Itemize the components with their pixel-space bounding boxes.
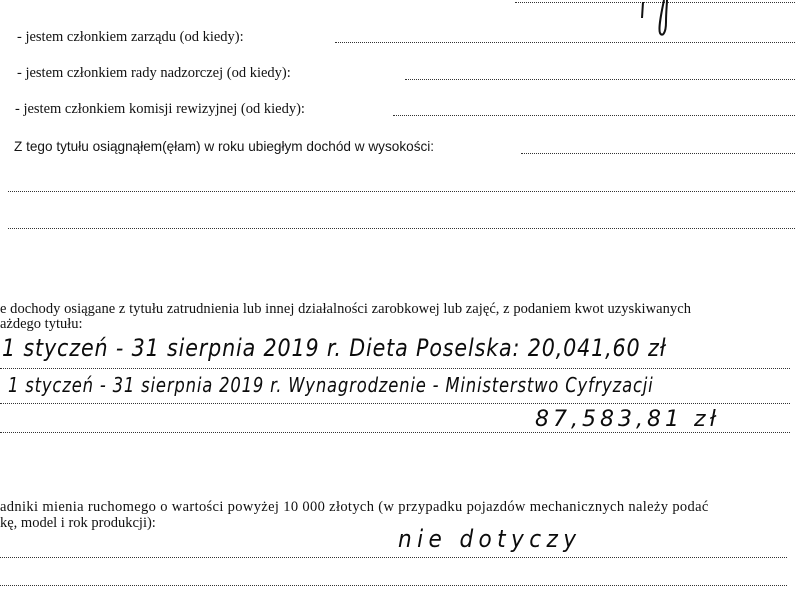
- employment-income-heading-line1: e dochody osiągane z tytułu zatrudnienia…: [0, 301, 691, 317]
- income-field-continued-1[interactable]: [8, 191, 795, 192]
- employment-field-line-2[interactable]: [0, 403, 790, 404]
- audit-committee-field[interactable]: [393, 115, 795, 116]
- movable-property-field-line-1[interactable]: [0, 557, 787, 558]
- employment-income-heading-line2: ażdego tytułu:: [0, 316, 83, 332]
- supervisory-board-field[interactable]: [405, 79, 795, 80]
- movable-property-field-line-2[interactable]: [0, 585, 787, 586]
- movable-property-heading-line2: kę, model i rok produkcji):: [0, 515, 156, 531]
- handwritten-employment-entry-1: 1 styczeń - 31 sierpnia 2019 r. Dieta Po…: [2, 334, 666, 362]
- handwritten-employment-amount: 87,583,81 zł: [535, 407, 720, 432]
- declaration-page: - jestem członkiem zarządu (od kiedy): -…: [0, 0, 800, 600]
- board-member-field[interactable]: [335, 42, 795, 43]
- employment-field-line-1[interactable]: [0, 368, 790, 369]
- handwritten-not-applicable: nie dotyczy: [398, 525, 581, 553]
- income-field[interactable]: [521, 153, 795, 154]
- handwritten-stroke-top: [640, 0, 670, 40]
- income-field-continued-2[interactable]: [8, 228, 795, 229]
- handwritten-employment-entry-2: 1 styczeń - 31 sierpnia 2019 r. Wynagrod…: [8, 373, 654, 397]
- employment-field-line-3[interactable]: [0, 432, 790, 433]
- board-member-label: - jestem członkiem zarządu (od kiedy):: [17, 29, 244, 45]
- movable-property-heading-line1: adniki mienia ruchomego o wartości powyż…: [0, 499, 709, 515]
- income-label: Z tego tytułu osiągnąłem(ęłam) w roku ub…: [14, 139, 434, 155]
- audit-committee-label: - jestem członkiem komisji rewizyjnej (o…: [15, 101, 305, 117]
- supervisory-board-label: - jestem członkiem rady nadzorczej (od k…: [17, 65, 291, 81]
